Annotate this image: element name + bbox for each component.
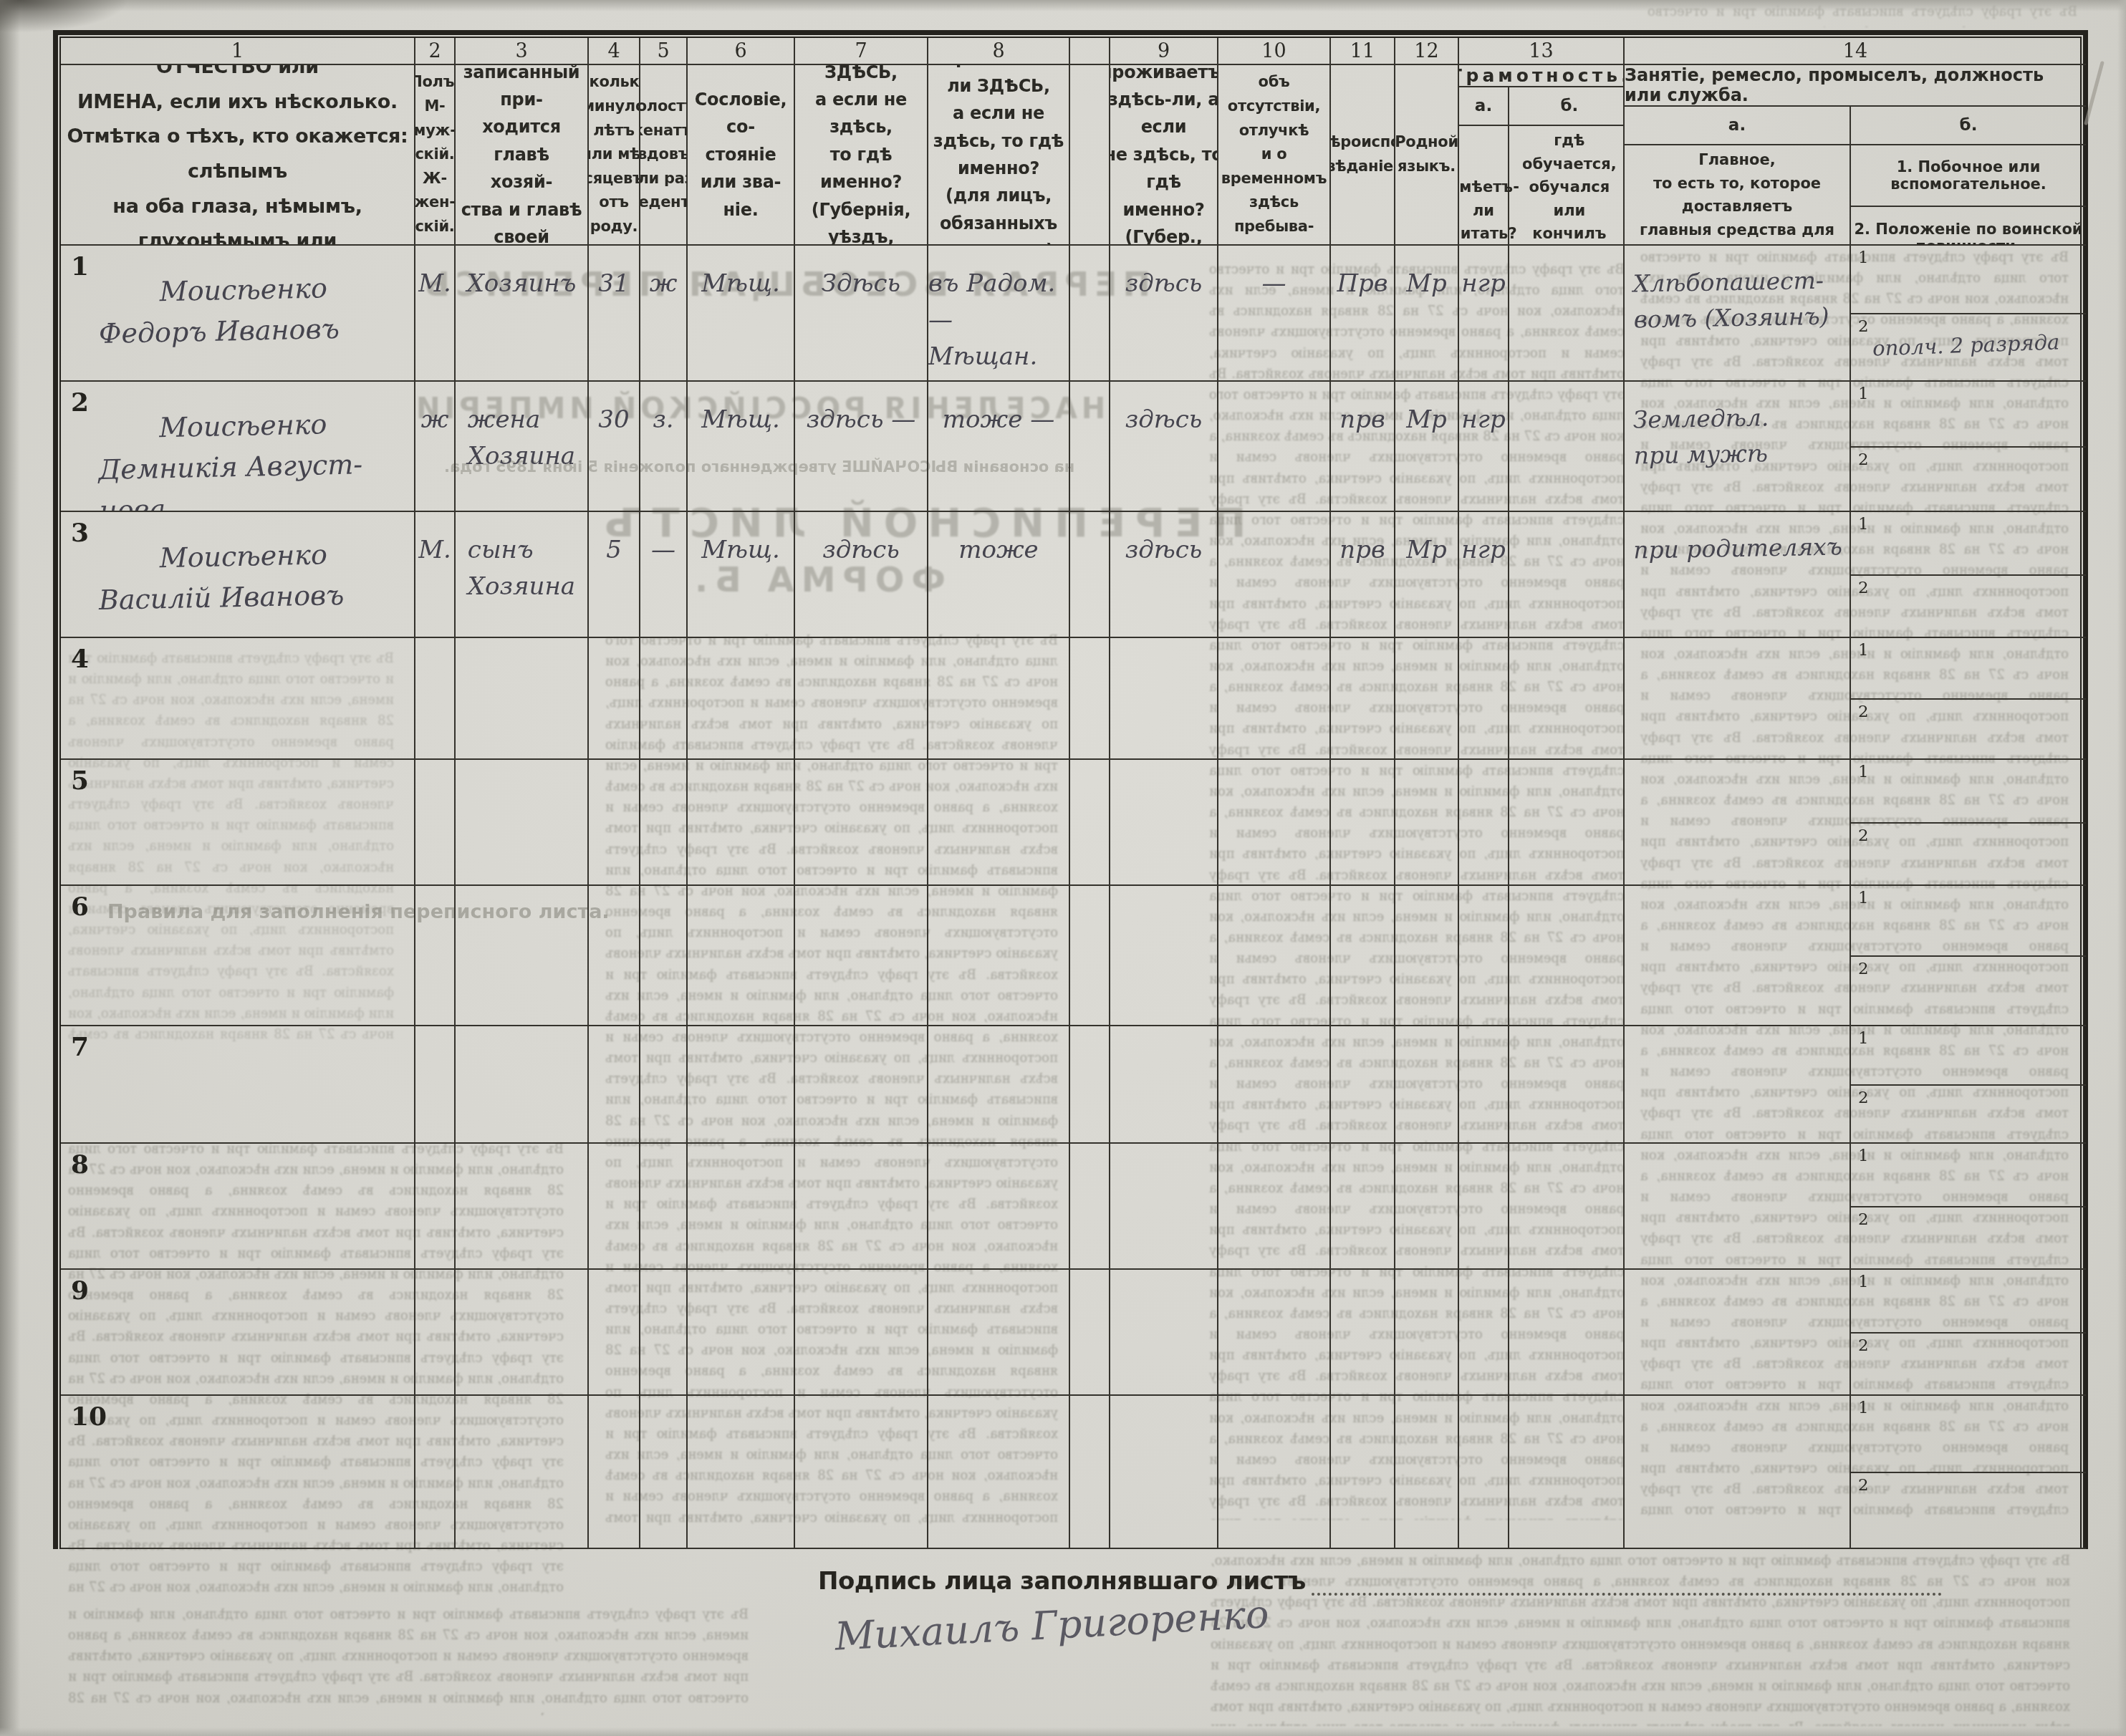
literacy-sub-a-label: а. (1459, 87, 1508, 126)
header-marital-column: Холостъ, женатъ, вдовъ или раз- веденъ. (640, 65, 688, 246)
handwritten-entry (61, 886, 414, 914)
scan-edge-bottom (0, 1727, 2126, 1736)
cell-name: 4 (61, 638, 415, 760)
cell-language (1395, 760, 1459, 886)
cell-sex: М. (415, 246, 456, 382)
subcell-number: 2 (1858, 826, 1869, 845)
handwritten-entry: — (651, 512, 675, 569)
cell-relation (456, 1270, 589, 1396)
column-number-10: 10 (1218, 38, 1331, 65)
handwritten-entry: 30 (598, 382, 629, 438)
military-status-subcell: 2 (1851, 957, 2086, 1026)
cell-marital: ж (640, 246, 688, 382)
cell-occupation-main (1625, 1396, 1851, 1549)
side-occupation-subcell: 1 (1851, 638, 2086, 700)
cell-sex (415, 1026, 456, 1144)
cell-birthplace (795, 638, 928, 760)
cell-occupation-main: при родителяхъ (1625, 512, 1851, 638)
side-occupation-subcell: 1 (1851, 512, 2086, 576)
subcell-number: 1 (1858, 249, 1869, 267)
fold-gap-cell (1070, 886, 1110, 1026)
handwritten-entry: 31 (598, 246, 629, 302)
cell-can-read: нгр (1459, 512, 1509, 638)
occupation-sub-a-label: а. (1625, 107, 1850, 145)
cell-marital: — (640, 512, 688, 638)
cell-birthplace (795, 886, 928, 1026)
subcell-number: 1 (1858, 1273, 1869, 1291)
cell-religion: прв (1331, 512, 1395, 638)
military-status-subcell: 2 (1851, 576, 2086, 638)
column-number-9: 9 (1110, 38, 1218, 65)
subcell-number: 2 (1858, 450, 1869, 469)
cell-birthplace: здѣсь — (795, 382, 928, 512)
cell-occupation-main: Земледѣл. при мужѣ (1625, 382, 1851, 512)
column-number-12: 12 (1395, 38, 1459, 65)
side-occupation-subcell: 1 (1851, 246, 2086, 314)
fold-gap-cell (1070, 638, 1110, 760)
cell-relation (456, 760, 589, 886)
cell-estate (688, 760, 795, 886)
cell-relation: Хозяинъ (456, 246, 589, 382)
fold-gap-column (1070, 38, 1110, 65)
cell-absence (1218, 1026, 1331, 1144)
subcell-number: 1 (1858, 515, 1869, 534)
fold-gap-cell (1070, 246, 1110, 382)
handwritten-entry: при родителяхъ (1625, 512, 1850, 568)
cell-registration: тоже — (928, 382, 1070, 512)
occupation-side-text: 1. Побочное или вспомогательное. (1851, 145, 2086, 207)
column-number-11: 11 (1331, 38, 1395, 65)
cell-name: 6 (61, 886, 415, 1026)
column-number-14: 14 (1625, 38, 2086, 65)
cell-sex (415, 760, 456, 886)
header-estate-column: Сословіе, со- стояніе или зва- ніе. (688, 65, 795, 246)
handwritten-entry: Мѣщ. (701, 382, 780, 438)
handwritten-entry: — (1262, 246, 1286, 302)
cell-residence (1110, 886, 1218, 1026)
cell-religion (1331, 1270, 1395, 1396)
handwritten-entry (61, 638, 414, 666)
cell-residence (1110, 1396, 1218, 1549)
cell-religion (1331, 1144, 1395, 1270)
cell-occupation-main (1625, 760, 1851, 886)
cell-education (1509, 1144, 1625, 1270)
cell-language (1395, 1026, 1459, 1144)
cell-occupation-side: 12 (1851, 1396, 2086, 1549)
handwritten-entry: здѣсь (1125, 246, 1203, 302)
header-literacy-column: Грамотность. а. Умѣетъ- ли читать? б. гд… (1459, 65, 1625, 246)
header-sex-column: Полъ. М-муж- скій. Ж-жен- скій. (415, 65, 456, 246)
cell-marital (640, 760, 688, 886)
handwritten-entry: нгр (1461, 382, 1505, 438)
cell-marital (640, 1026, 688, 1144)
handwritten-entry: Мр (1406, 382, 1447, 438)
cell-absence (1218, 886, 1331, 1026)
cell-sex (415, 638, 456, 760)
occupation-title: Занятіе, ремесло, промыселъ, должность и… (1625, 65, 2086, 107)
occupation-sub-b-label: б. (1851, 107, 2086, 145)
subcell-number: 1 (1858, 385, 1869, 403)
cell-name: 2Моисѣенко Демникія Август- нова (61, 382, 415, 512)
handwritten-entry: прв (1339, 512, 1385, 569)
cell-estate (688, 1026, 795, 1144)
header-birthplace-column: Родился-ли ЗДѢСЬ, а если не здѣсь, то гд… (795, 65, 928, 246)
cell-sex (415, 1270, 456, 1396)
cell-marital (640, 1270, 688, 1396)
cell-can-read (1459, 1144, 1509, 1270)
column-number-4: 4 (589, 38, 640, 65)
handwritten-entry: сынъ Хозяина (468, 512, 575, 605)
fold-gap-cell (1070, 382, 1110, 512)
cell-birthplace (795, 1144, 928, 1270)
cell-occupation-side: 12 (1851, 1144, 2086, 1270)
handwritten-entry: Моисѣенко Демникія Август- нова (61, 382, 415, 512)
column-number-5: 5 (640, 38, 688, 65)
handwritten-entry: Моисѣенко Василій Ивановъ (61, 512, 415, 622)
column-number-8: 8 (928, 38, 1070, 65)
cell-religion (1331, 1026, 1395, 1144)
fold-gap-cell (1070, 512, 1110, 638)
signature-handwritten: Михаилъ Григоренко (834, 1591, 1270, 1659)
scan-edge-left (0, 0, 20, 1736)
cell-language: Мр (1395, 382, 1459, 512)
header-absence-column: Отмѣтка объ отсутствіи, отлучкѣ и о врем… (1218, 65, 1331, 246)
cell-occupation-side: 12 (1851, 382, 2086, 512)
fold-gap-column (1070, 65, 1110, 246)
cell-religion: прв (1331, 382, 1395, 512)
cell-estate: Мѣщ. (688, 512, 795, 638)
cell-absence (1218, 638, 1331, 760)
handwritten-entry: тоже — (943, 382, 1054, 438)
handwritten-entry: Мр (1406, 246, 1447, 302)
handwritten-entry (1625, 886, 1850, 907)
cell-marital: з. (640, 382, 688, 512)
handwritten-entry: ж (650, 246, 678, 302)
handwritten-entry: Мр (1406, 512, 1447, 569)
cell-sex: М. (415, 512, 456, 638)
side-occupation-subcell: 1 (1851, 1026, 2086, 1086)
cell-name: 8 (61, 1144, 415, 1270)
subcell-number: 2 (1858, 317, 1869, 336)
cell-education (1509, 1270, 1625, 1396)
cell-absence (1218, 512, 1331, 638)
cell-religion: Прв (1331, 246, 1395, 382)
handwritten-entry: Здѣсь (822, 246, 900, 302)
cell-residence: здѣсь (1110, 512, 1218, 638)
cell-marital (640, 638, 688, 760)
cell-religion (1331, 760, 1395, 886)
subcell-number: 1 (1858, 641, 1869, 660)
cell-occupation-side: 12 (1851, 638, 2086, 760)
military-status-subcell: 2 (1851, 824, 2086, 886)
cell-sex (415, 1396, 456, 1549)
military-status-subcell: 2ополч. 2 разряда (1851, 314, 2086, 382)
handwritten-entry (61, 1270, 414, 1298)
handwritten-entry (1625, 1270, 1850, 1291)
cell-birthplace (795, 1270, 928, 1396)
cell-relation: жена Хозяина (456, 382, 589, 512)
cell-estate: Мѣщ. (688, 246, 795, 382)
handwritten-entry: з. (653, 382, 673, 438)
subcell-number: 2 (1858, 1210, 1869, 1229)
handwritten-entry (61, 1026, 414, 1054)
cell-can-read (1459, 1270, 1509, 1396)
cell-relation: сынъ Хозяина (456, 512, 589, 638)
cell-residence (1110, 1144, 1218, 1270)
cell-relation (456, 638, 589, 760)
cell-occupation-side: 12 (1851, 512, 2086, 638)
cell-absence (1218, 382, 1331, 512)
cell-occupation-main (1625, 1026, 1851, 1144)
subcell-number: 2 (1858, 960, 1869, 978)
cell-religion (1331, 886, 1395, 1026)
cell-registration (928, 1144, 1070, 1270)
subcell-number: 1 (1858, 889, 1869, 907)
scan-smudge (0, 0, 129, 33)
cell-relation (456, 1026, 589, 1144)
header-relation-column: Какъ записанный при- ходится главѣ хозяй… (456, 65, 589, 246)
cell-can-read (1459, 886, 1509, 1026)
cell-occupation-main (1625, 886, 1851, 1026)
handwritten-entry: 5 (606, 512, 622, 569)
side-occupation-subcell: 1 (1851, 382, 2086, 448)
cell-birthplace (795, 760, 928, 886)
cell-absence (1218, 1270, 1331, 1396)
military-status-subcell: 2 (1851, 700, 2086, 760)
handwritten-entry (61, 760, 414, 788)
military-status-subcell: 2 (1851, 1207, 2086, 1270)
cell-education (1509, 1026, 1625, 1144)
cell-marital (640, 1144, 688, 1270)
cell-can-read (1459, 638, 1509, 760)
cell-education (1509, 382, 1625, 512)
subcell-number: 2 (1858, 1089, 1869, 1107)
literacy-sub-b-label: б. (1509, 87, 1625, 126)
cell-residence: здѣсь (1110, 246, 1218, 382)
cell-language (1395, 1270, 1459, 1396)
cell-language: Мр (1395, 512, 1459, 638)
handwritten-entry: тоже (958, 512, 1038, 569)
cell-language: Мр (1395, 246, 1459, 382)
handwritten-entry (1625, 1026, 1850, 1047)
cell-can-read (1459, 1026, 1509, 1144)
header-residence-column: Гдѣ обыкновенно проживаетъ: здѣсь-ли, а … (1110, 65, 1218, 246)
cell-occupation-side: 12 (1851, 1026, 2086, 1144)
literacy-title: Грамотность. (1459, 65, 1623, 87)
cell-relation (456, 1396, 589, 1549)
cell-age (589, 1396, 640, 1549)
cell-sex (415, 886, 456, 1026)
handwritten-entry: Земледѣл. при мужѣ (1625, 382, 1850, 473)
handwritten-entry (1625, 1396, 1850, 1417)
handwritten-entry: Хлѣбопашест- вомъ (Хозяинъ) (1625, 246, 1850, 337)
cell-age (589, 1144, 640, 1270)
cell-residence: здѣсь (1110, 382, 1218, 512)
header-religion-column: Вѣроиспо- вѣданіе. (1331, 65, 1395, 246)
census-sheet-scan: ПЕРВАЯ ВСЕОБЩАЯ ПЕРЕПИСЬ НАСЕЛЕНІЯ РОССІ… (0, 0, 2126, 1736)
handwritten-entry (1625, 638, 1850, 659)
cell-occupation-side: 12 (1851, 760, 2086, 886)
cell-occupation-main (1625, 1270, 1851, 1396)
cell-education (1509, 638, 1625, 760)
column-number-2: 2 (415, 38, 456, 65)
handwritten-entry: Прв (1337, 246, 1387, 302)
cell-absence (1218, 1396, 1331, 1549)
handwritten-entry: ж (421, 382, 449, 438)
cell-can-read: нгр (1459, 382, 1509, 512)
handwritten-entry: нгр (1461, 512, 1505, 569)
cell-age: 31 (589, 246, 640, 382)
cell-estate (688, 1270, 795, 1396)
cell-relation (456, 886, 589, 1026)
fold-gap-cell (1070, 1396, 1110, 1549)
cell-occupation-side: 12ополч. 2 разряда (1851, 246, 2086, 382)
handwritten-entry: здѣсь (1125, 382, 1203, 438)
handwritten-entry: Мѣщ. (701, 512, 780, 569)
cell-occupation-side: 12 (1851, 1270, 2086, 1396)
cell-language (1395, 1144, 1459, 1270)
cell-registration: въ Радом. — Мѣщан. Управѣ (928, 246, 1070, 382)
cell-can-read (1459, 1396, 1509, 1549)
handwritten-entry: Хозяинъ (467, 246, 577, 302)
cell-residence (1110, 638, 1218, 760)
subcell-number: 2 (1858, 579, 1869, 597)
cell-registration (928, 1270, 1070, 1396)
fold-gap-cell (1070, 1270, 1110, 1396)
literacy-can-read-text: Умѣетъ- ли читать? (1459, 126, 1508, 246)
cell-name: 3Моисѣенко Василій Ивановъ (61, 512, 415, 638)
cell-estate (688, 886, 795, 1026)
side-occupation-subcell: 1 (1851, 1396, 2086, 1473)
cell-age (589, 638, 640, 760)
handwritten-entry: Мѣщ. (701, 246, 780, 302)
cell-name: 1Моисѣенко Федоръ Ивановъ (61, 246, 415, 382)
side-occupation-subcell: 1 (1851, 1144, 2086, 1207)
military-status-subcell: 2 (1851, 1334, 2086, 1396)
fold-gap-cell (1070, 1026, 1110, 1144)
cell-education (1509, 246, 1625, 382)
cell-occupation-main: Хлѣбопашест- вомъ (Хозяинъ) (1625, 246, 1851, 382)
handwritten-entry (1625, 760, 1850, 781)
subcell-number: 1 (1858, 763, 1869, 781)
literacy-education-text: гдѣ обучается, обучался или кончилъ курс… (1509, 126, 1625, 246)
handwritten-entry: прв (1339, 382, 1385, 438)
column-number-3: 3 (456, 38, 589, 65)
cell-registration (928, 1396, 1070, 1549)
header-registration-column: Приписанъ-ли ЗДѢСЬ, а если не здѣсь, то … (928, 65, 1070, 246)
cell-can-read: нгр (1459, 246, 1509, 382)
cell-language (1395, 886, 1459, 1026)
military-status-subcell: 2 (1851, 1473, 2086, 1549)
header-name-column: ФАМИЛІЯ, (прозвище), ИМЯ и ОТЧЕСТВО или … (61, 65, 415, 246)
cell-estate (688, 1144, 795, 1270)
cell-occupation-side: 12 (1851, 886, 2086, 1026)
cell-birthplace: здѣсь (795, 512, 928, 638)
cell-age (589, 886, 640, 1026)
military-status-subcell: 2 (1851, 1086, 2086, 1144)
handwritten-entry: М. (418, 246, 451, 302)
cell-occupation-main (1625, 1144, 1851, 1270)
subcell-number: 1 (1858, 1029, 1869, 1048)
handwritten-entry (61, 1396, 414, 1424)
fold-gap-cell (1070, 760, 1110, 886)
occupation-military-text: 2. Положеніе по воинской повинности. (1851, 207, 2086, 246)
header-language-column: Родной языкъ. (1395, 65, 1459, 246)
cell-education (1509, 512, 1625, 638)
military-status-subcell: 2 (1851, 448, 2086, 512)
census-table: 1 2 3 4 5 6 7 8 9 10 11 12 13 14 ФАМИЛІЯ… (53, 30, 2088, 1549)
handwritten-entry: Моисѣенко Федоръ Ивановъ (61, 246, 415, 355)
cell-name: 7 (61, 1026, 415, 1144)
handwritten-entry: жена Хозяина (468, 382, 575, 475)
column-number-13: 13 (1459, 38, 1625, 65)
cell-language (1395, 1396, 1459, 1549)
cell-relation (456, 1144, 589, 1270)
cell-estate (688, 1396, 795, 1549)
handwritten-entry: ополч. 2 разряда (1872, 329, 2059, 360)
handwritten-entry: здѣсь — (807, 382, 915, 438)
signature-dotted-line (1312, 1571, 1942, 1596)
header-age-column: Сколько минуло лѣтъ или мѣ- сяцевъ отъ р… (589, 65, 640, 246)
handwritten-entry: здѣсь (1125, 512, 1203, 569)
column-number-1: 1 (61, 38, 415, 65)
cell-religion (1331, 1396, 1395, 1549)
cell-sex: ж (415, 382, 456, 512)
cell-name: 5 (61, 760, 415, 886)
handwritten-entry: М. (418, 512, 451, 569)
cell-marital (640, 1396, 688, 1549)
cell-age: 5 (589, 512, 640, 638)
handwritten-entry (61, 1144, 414, 1172)
side-occupation-subcell: 1 (1851, 1270, 2086, 1334)
subcell-number: 1 (1858, 1147, 1869, 1165)
column-number-6: 6 (688, 38, 795, 65)
census-table-grid: 1 2 3 4 5 6 7 8 9 10 11 12 13 14 ФАМИЛІЯ… (61, 38, 2080, 1549)
handwritten-entry: въ Радом. — Мѣщан. Управѣ (928, 246, 1069, 382)
cell-absence (1218, 760, 1331, 886)
cell-registration (928, 638, 1070, 760)
cell-education (1509, 1396, 1625, 1549)
cell-registration (928, 1026, 1070, 1144)
cell-estate: Мѣщ. (688, 382, 795, 512)
cell-occupation-main (1625, 638, 1851, 760)
cell-age (589, 760, 640, 886)
handwritten-entry (1625, 1144, 1850, 1164)
cell-registration: тоже (928, 512, 1070, 638)
side-occupation-subcell: 1 (1851, 760, 2086, 824)
signature-label: Подпись лица заполнявшаго листъ (818, 1567, 1306, 1596)
cell-sex (415, 1144, 456, 1270)
cell-education (1509, 760, 1625, 886)
cell-residence (1110, 1026, 1218, 1144)
cell-residence (1110, 1270, 1218, 1396)
subcell-number: 2 (1858, 1476, 1869, 1495)
cell-marital (640, 886, 688, 1026)
cell-name: 10 (61, 1396, 415, 1549)
cell-birthplace (795, 1026, 928, 1144)
scan-edge-top (0, 0, 2126, 11)
cell-absence: — (1218, 246, 1331, 382)
scan-edge-right (2117, 0, 2126, 1736)
handwritten-entry: нгр (1461, 246, 1505, 302)
cell-age (589, 1026, 640, 1144)
cell-can-read (1459, 760, 1509, 886)
occupation-main-text: Главное, то есть то, которое доставляетъ… (1625, 145, 1850, 246)
cell-language (1395, 638, 1459, 760)
cell-registration (928, 886, 1070, 1026)
cell-religion (1331, 638, 1395, 760)
bleedthrough-text-block: Въ эту графу слѣдуетъ вписывать фамилію … (68, 1604, 749, 1715)
